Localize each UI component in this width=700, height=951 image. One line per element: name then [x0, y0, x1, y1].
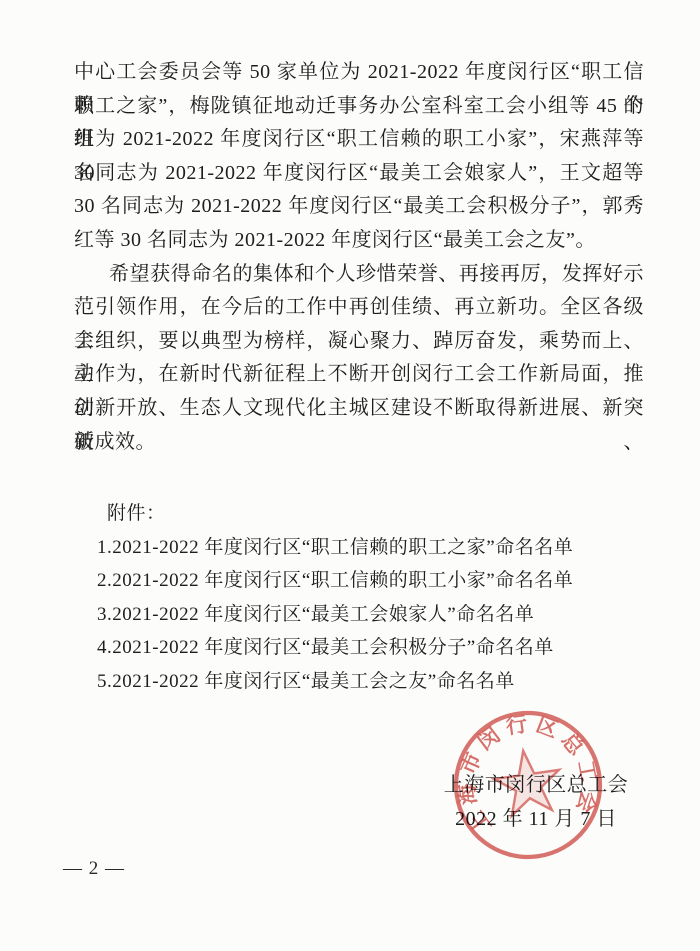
- attachment-item: 4.2021-2022 年度闵行区“最美工会积极分子”命名名单: [74, 631, 644, 665]
- body-line: 红等 30 名同志为 2021-2022 年度闵行区“最美工会之友”。: [74, 224, 644, 258]
- body-line: 希望获得命名的集体和个人珍惜荣誉、再接再厉，发挥好示: [74, 258, 644, 292]
- body-line: 范引领作用，在今后的工作中再创佳绩、再立新功。全区各级工: [74, 291, 644, 325]
- attachment-item: 2.2021-2022 年度闵行区“职工信赖的职工小家”命名名单: [74, 564, 644, 598]
- body-text: 中心工会委员会等 50 家单位为 2021-2022 年度闵行区“职工信赖的 职…: [74, 56, 644, 459]
- attachments-header: 附件：: [74, 497, 644, 531]
- signature-org: 上海市闵行区总工会: [420, 769, 652, 803]
- body-line: 名同志为 2021-2022 年度闵行区“最美工会娘家人”，王文超等: [74, 157, 644, 191]
- body-line: 中心工会委员会等 50 家单位为 2021-2022 年度闵行区“职工信赖的: [74, 56, 644, 90]
- signature-date: 2022 年 11 月 7 日: [420, 803, 652, 837]
- signature-block: 上海市闵行区总工会 2022 年 11 月 7 日: [420, 769, 652, 836]
- attachment-item: 5.2021-2022 年度闵行区“最美工会之友”命名名单: [74, 665, 644, 699]
- body-line: 组为 2021-2022 年度闵行区“职工信赖的职工小家”，宋燕萍等 30: [74, 123, 644, 157]
- document-page: 中心工会委员会等 50 家单位为 2021-2022 年度闵行区“职工信赖的 职…: [0, 0, 700, 951]
- page-number: — 2 —: [63, 858, 125, 880]
- body-line: 会组织，要以典型为榜样，凝心聚力、踔厉奋发，乘势而上、主: [74, 325, 644, 359]
- body-line: 动作为，在新时代新征程上不断开创闵行工会工作新局面，推动: [74, 358, 644, 392]
- body-line: 30 名同志为 2021-2022 年度闵行区“最美工会积极分子”，郭秀: [74, 190, 644, 224]
- attachment-item: 3.2021-2022 年度闵行区“最美工会娘家人”命名名单: [74, 598, 644, 632]
- body-line: 创新开放、生态人文现代化主城区建设不断取得新进展、新突破、: [74, 392, 644, 426]
- attachment-item: 1.2021-2022 年度闵行区“职工信赖的职工之家”命名名单: [74, 531, 644, 565]
- body-line: 职工之家”，梅陇镇征地动迁事务办公室科室工会小组等 45 个班: [74, 90, 644, 124]
- attachments-list: 附件： 1.2021-2022 年度闵行区“职工信赖的职工之家”命名名单 2.2…: [74, 497, 644, 699]
